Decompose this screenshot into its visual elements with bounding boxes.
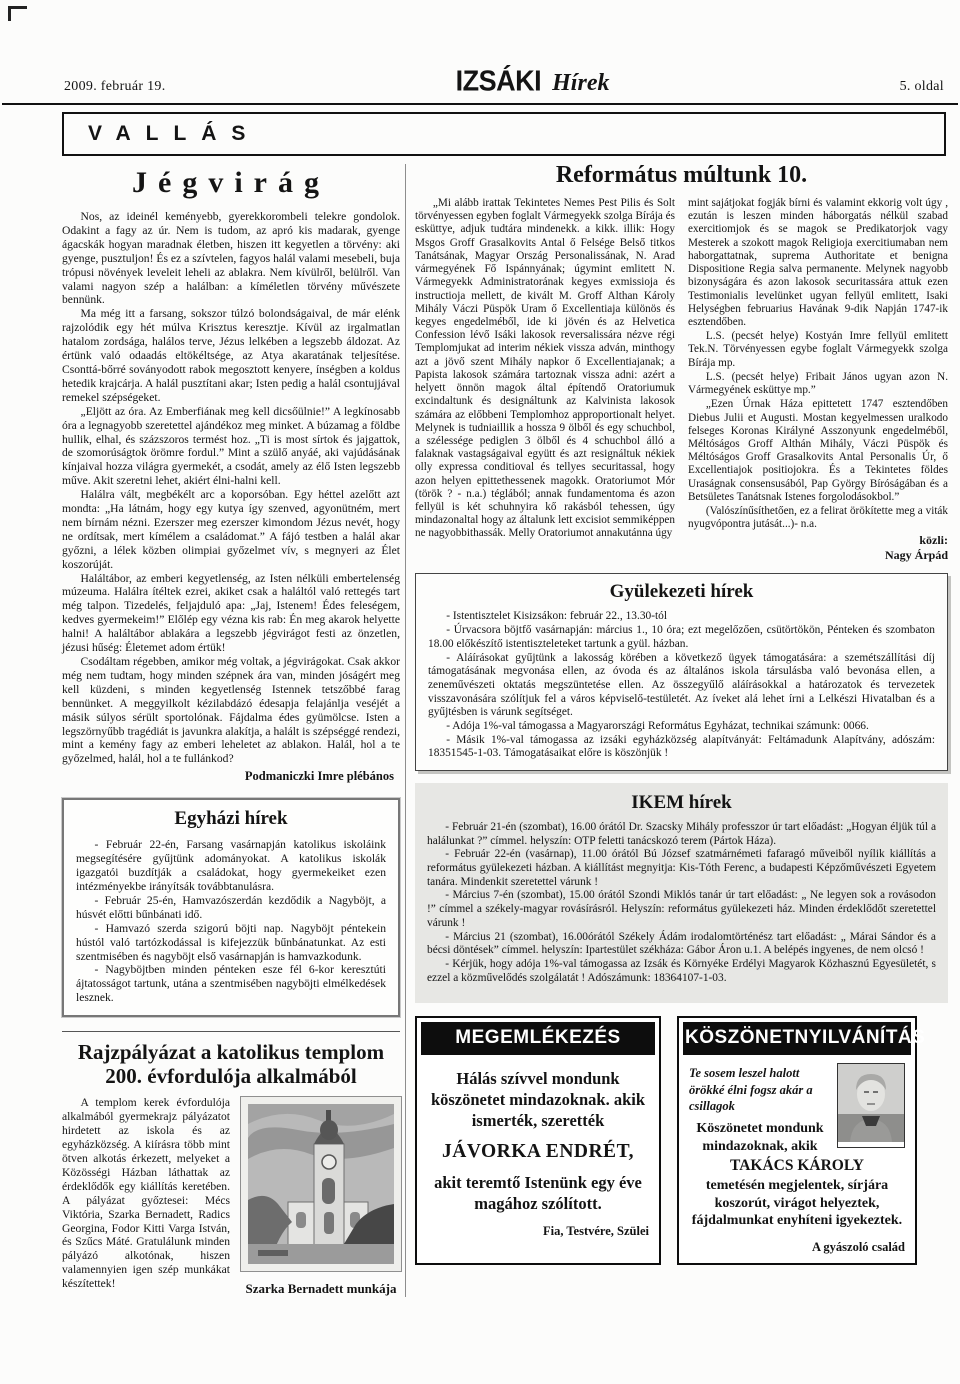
article-paragraph: „Eljött az óra. Az Emberfiának meg kell … — [62, 405, 400, 488]
masthead-subtitle: Hírek — [552, 70, 609, 96]
news-item: - Március 7-én (szombat), 15.00 órától S… — [427, 889, 936, 930]
section-divider-rule — [62, 1031, 400, 1032]
article-paragraph: L.S. (pecsét helye) Fribait János ugyan … — [688, 371, 948, 397]
church-drawing-image — [240, 1096, 402, 1272]
masthead: IZSÁKI Hírek — [456, 66, 610, 97]
section-banner-label: VALLÁS — [64, 122, 260, 146]
news-item: - Adója 1%-val támogassa a Magyarországi… — [428, 720, 935, 734]
byline-prefix: közli: — [688, 533, 948, 548]
article-byline: Podmaniczki Imre plébános — [62, 769, 394, 784]
thanks-text: temetésén megjelentek, sírjára koszorút,… — [689, 1177, 905, 1230]
box-egyhazi-hirek: Egyházi hírek - Február 22-én, Farsang v… — [62, 798, 400, 1017]
box-title: IKEM hírek — [427, 792, 936, 814]
news-item: - Istentisztelet Kisizsákon: február 22.… — [428, 610, 935, 624]
article-byline: közli: Nagy Árpád — [688, 533, 948, 563]
article-paragraph: „Mi alább irattak Tekintetes Nemes Pest … — [415, 197, 675, 541]
byline-author: Nagy Árpád — [688, 548, 948, 563]
article-reformatus-multunk: Református múltunk 10. „Mi alább irattak… — [415, 162, 948, 563]
news-item: - Február 22-én (vasárnap), 11.00 órától… — [427, 848, 936, 889]
box-title: KÖSZÖNETNYILVÁNÍTÁS — [683, 1022, 911, 1055]
right-column: Református múltunk 10. „Mi alább irattak… — [409, 160, 948, 1297]
article-paragraph: A templom kerek évfordulója alkalmából g… — [62, 1096, 230, 1291]
article-title: Jégvirág — [62, 166, 400, 200]
article-paragraph: „Ezen Úrnak Háza epittetett 1747 esztend… — [688, 398, 948, 504]
masthead-title: IZSÁKI — [456, 65, 542, 98]
memorial-text: akit teremtő Istenünk egy éve magához sz… — [427, 1173, 649, 1214]
article-column-2: mint sajátjokat fogják bírni és valamint… — [688, 197, 948, 563]
page-columns: Jégvirág Nos, az ideinél keményebb, gyer… — [0, 156, 960, 1297]
column-divider — [405, 164, 406, 1297]
news-item: - Február 25-én, Hamvazószerdán kezdődik… — [76, 894, 386, 922]
news-item: - Hamvazó szerda szigorú böjti nap. Nagy… — [76, 922, 386, 964]
announcement-row: MEGEMLÉKEZÉS Hálás szívvel mondunk köszö… — [415, 1016, 948, 1264]
article-jegvirag: Jégvirág Nos, az ideinél keményebb, gyer… — [62, 166, 400, 784]
article-title: Református múltunk 10. — [415, 162, 948, 189]
image-caption: Szarka Bernadett munkája — [240, 1281, 402, 1297]
article-title: Rajzpályázat a katolikus templom 200. év… — [62, 1040, 400, 1088]
memorial-signature: Fia, Testvére, Szülei — [427, 1224, 649, 1239]
article-paragraph: Csodáltam régebben, amikor még voltak, a… — [62, 655, 400, 766]
thanks-signature: A gyászoló család — [689, 1240, 905, 1255]
box-title: Egyházi hírek — [76, 808, 386, 830]
left-column: Jégvirág Nos, az ideinél keményebb, gyer… — [62, 160, 400, 1297]
church-drawing-figure: Szarka Bernadett munkája — [240, 1096, 402, 1297]
box-ikem-hirek: IKEM hírek - Február 21-én (szombat), 16… — [415, 783, 948, 1003]
news-item: - Úrvacsora böjtfő vasárnapján: március … — [428, 624, 935, 651]
article-rajzpalyazat: Rajzpályázat a katolikus templom 200. év… — [62, 1040, 400, 1297]
box-title: Gyülekezeti hírek — [428, 581, 935, 603]
news-item: - Kérjük, hogy adója 1%-val támogassa az… — [427, 958, 936, 985]
article-paragraph: L.S. (pecsét helye) Kostyán Imre fellyül… — [688, 330, 948, 370]
memorial-text: Hálás szívvel mondunk köszönetet mindazo… — [427, 1069, 649, 1131]
article-paragraph: Nos, az ideinél keményebb, gyerekkorombe… — [62, 210, 400, 307]
box-gyulekezeti-hirek: Gyülekezeti hírek - Istentisztelet Kisiz… — [415, 573, 948, 771]
page-number: 5. oldal — [900, 79, 944, 95]
news-item: - Aláírásokat gyűjtünk a lakosság körébe… — [428, 652, 935, 720]
article-paragraph: Ma még itt a farsang, sokszor túlzó bolo… — [62, 307, 400, 404]
box-koszonetnyilvanitas: KÖSZÖNETNYILVÁNÍTÁS — [677, 1016, 917, 1264]
page-header: 2009. február 19. IZSÁKI Hírek 5. oldal — [2, 0, 958, 105]
box-megemlekezes: MEGEMLÉKEZÉS Hálás szívvel mondunk köszö… — [415, 1016, 661, 1264]
article-column-1: „Mi alább irattak Tekintetes Nemes Pest … — [415, 197, 675, 563]
article-paragraph: (Valószínűsíthetően, ez a felirat örökít… — [688, 505, 948, 531]
box-title: MEGEMLÉKEZÉS — [421, 1022, 655, 1055]
section-banner: VALLÁS — [62, 112, 946, 156]
memorial-name: JÁVORKA ENDRÉT, — [427, 1141, 649, 1163]
news-item: - Nagyböjtben minden pénteken esze fél 6… — [76, 963, 386, 1005]
crop-mark — [8, 6, 27, 21]
issue-date: 2009. február 19. — [64, 79, 166, 95]
portrait-photo — [837, 1063, 905, 1148]
news-item: - Február 21-én (szombat), 16.00 órától … — [427, 821, 936, 848]
newspaper-page: 2009. február 19. IZSÁKI Hírek 5. oldal … — [0, 0, 960, 1384]
news-item: - Március 21 (szombat), 16.00órától Szék… — [427, 931, 936, 958]
article-paragraph: mint sajátjokat fogják bírni és valamint… — [688, 197, 948, 329]
news-item: - Másik 1%-val támogassa az izsáki egyhá… — [428, 734, 935, 761]
article-paragraph: Halálra vált, megbékélt arc a koporsóban… — [62, 488, 400, 571]
article-paragraph: Haláltábor, az emberi kegyetlenség, az I… — [62, 572, 400, 655]
news-item: - Február 22-én, Farsang vasárnapján kat… — [76, 838, 386, 894]
thanks-name: TAKÁCS KÁROLY — [689, 1157, 905, 1175]
